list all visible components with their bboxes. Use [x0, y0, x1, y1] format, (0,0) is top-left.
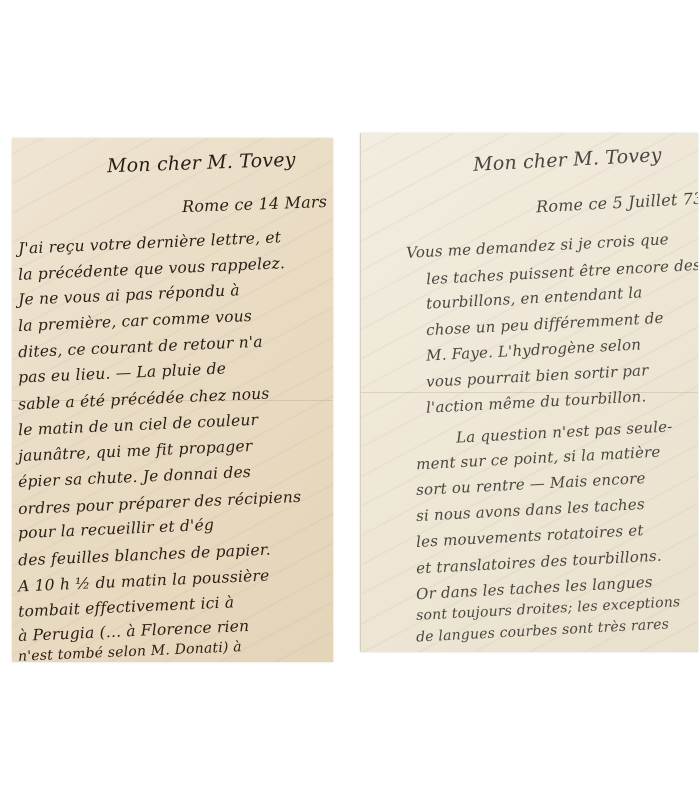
letter-line: vous pourrait bien sortir par: [426, 361, 649, 391]
letter-line: dites, ce courant de retour n'a: [18, 333, 263, 362]
letter-line: la précédente que vous rappelez.: [18, 254, 286, 284]
letter-line: et translatoires des tourbillons.: [416, 547, 662, 578]
letter-salutation: Mon cher M. Tovey: [107, 149, 296, 178]
letter-line: jaunâtre, qui me fit propager: [18, 437, 253, 465]
letter-line: ordres pour préparer des récipiens: [18, 488, 302, 518]
letter-line: sort ou rentre — Mais encore: [416, 469, 646, 499]
letter-line: tombait effectivement ici à: [18, 593, 235, 620]
letter-line: pour la recueillir et d'ég: [18, 516, 215, 543]
letter-line: des feuilles blanches de papier.: [18, 540, 271, 569]
letter-line: Vous me demandez si je crois que: [406, 230, 669, 262]
letter-line: tourbillons, en entendant la: [426, 283, 643, 312]
letter-line: J'ai reçu votre dernière lettre, et: [18, 228, 282, 257]
letter-salutation: Mon cher M. Tovey: [473, 144, 663, 176]
letter-line: si nous avons dans les taches: [416, 495, 646, 525]
letter-page-left: Mon cher M. Tovey Rome ce 14 Mars 72. J'…: [12, 138, 333, 662]
letter-page-right: Mon cher M. Tovey Rome ce 5 Juillet 73 V…: [360, 133, 698, 652]
letter-line: La question n'est pas seule-: [456, 417, 673, 446]
letter-line: chose un peu différemment de: [426, 309, 664, 339]
letter-line: les taches puissent être encore des: [426, 256, 698, 288]
letter-line: A 10 h ½ du matin la poussière: [18, 567, 270, 596]
letter-line: les mouvements rotatoires et: [416, 521, 644, 551]
letter-line: sable a été précédée chez nous: [18, 385, 270, 414]
letter-line: Je ne vous ai pas répondu à: [18, 281, 240, 309]
letter-line: la première, car comme vous: [18, 307, 253, 335]
letter-line: M. Faye. L'hydrogène selon: [426, 335, 642, 364]
letter-line: pas eu lieu. — La pluie de: [18, 359, 227, 386]
letter-dateline: Rome ce 14 Mars 72.: [182, 191, 333, 216]
letter-dateline: Rome ce 5 Juillet 73: [536, 189, 698, 217]
letter-line: épier sa chute. Je donnai des: [18, 463, 252, 491]
letter-line: le matin de un ciel de couleur: [18, 411, 259, 439]
letter-line: ment sur ce point, si la matière: [416, 443, 661, 474]
